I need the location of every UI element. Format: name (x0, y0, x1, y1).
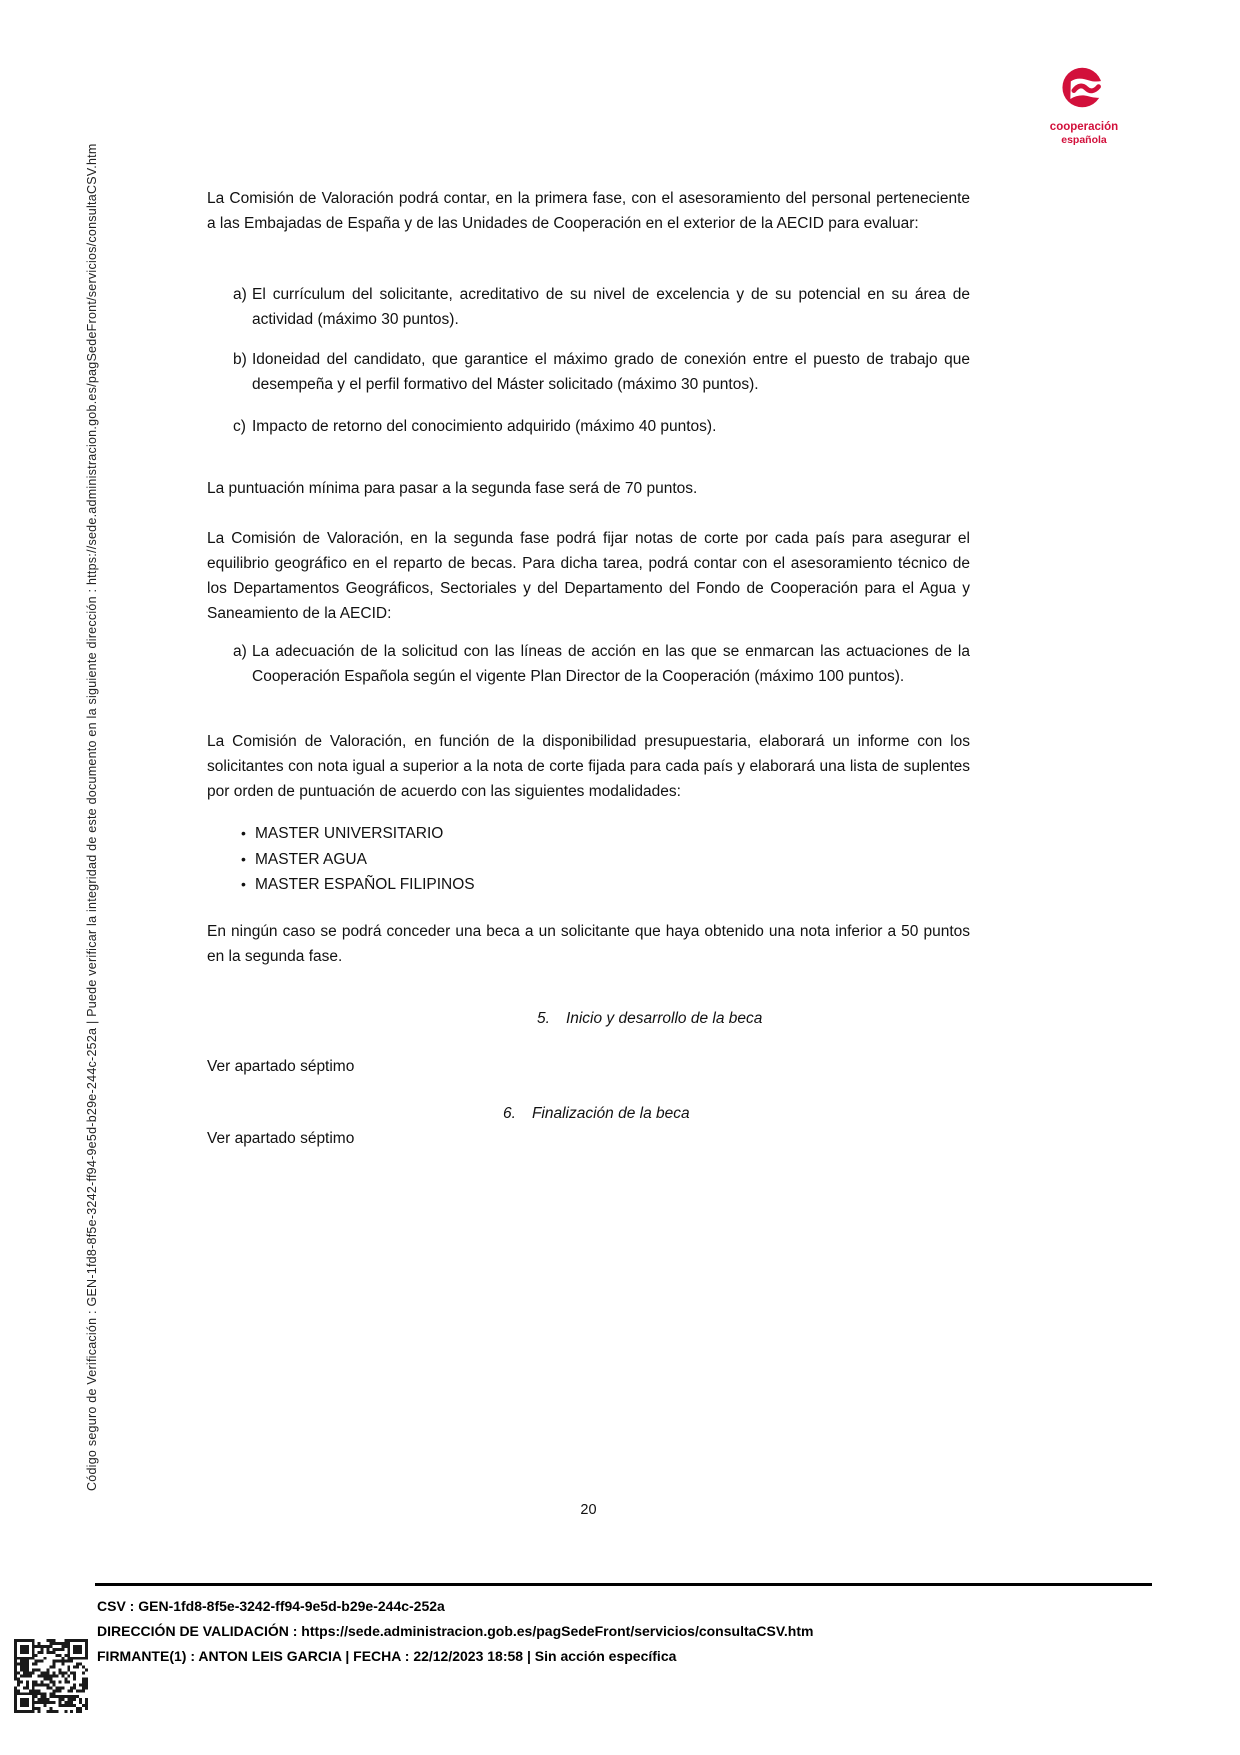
bullet-text: MASTER AGUA (255, 847, 970, 873)
paragraph-minimum-note: En ningún caso se podrá conceder una bec… (207, 919, 970, 969)
ver-apartado-septimo-1: Ver apartado séptimo (207, 1054, 970, 1079)
list-item-b: b) Idoneidad del candidato, que garantic… (207, 347, 970, 397)
section-heading-6: 6.Finalización de la beca (503, 1101, 690, 1126)
section-heading-5: 5.Inicio y desarrollo de la beca (537, 1006, 762, 1031)
vertical-csv-verification-text: Código seguro de Verificación : GEN-1fd8… (85, 143, 99, 1491)
footer-validation-line: DIRECCIÓN DE VALIDACIÓN : https://sede.a… (97, 1619, 813, 1644)
ver-apartado-septimo-2: Ver apartado séptimo (207, 1126, 970, 1151)
list-item-text: Idoneidad del candidato, que garantice e… (252, 347, 970, 397)
list-item-a: a) El currículum del solicitante, acredi… (207, 282, 970, 332)
page-number: 20 (207, 1502, 970, 1518)
list-item-text: Impacto de retorno del conocimiento adqu… (252, 414, 970, 439)
list-item-c: c) Impacto de retorno del conocimiento a… (207, 414, 970, 439)
footer-csv-line: CSV : GEN-1fd8-8f5e-3242-ff94-9e5d-b29e-… (97, 1594, 813, 1619)
paragraph-second-phase: La Comisión de Valoración, en la segunda… (207, 526, 970, 626)
list-marker: a) (207, 282, 252, 332)
document-page: cooperación española Código seguro de Ve… (0, 0, 1240, 1755)
footer-signer-line: FIRMANTE(1) : ANTON LEIS GARCIA | FECHA … (97, 1644, 813, 1669)
bullet-dot: • (207, 821, 255, 847)
list-marker: c) (207, 414, 252, 439)
logo-wordmark-line2: española (1061, 134, 1107, 146)
cooperacion-espanola-logo: cooperación española (1038, 64, 1130, 146)
list2-item-a: a) La adecuación de la solicitud con las… (207, 639, 970, 689)
cooperacion-c-icon (1062, 64, 1106, 116)
logo-wordmark-line1: cooperación (1050, 121, 1118, 134)
section-number: 6. (503, 1105, 516, 1122)
bullet-dot: • (207, 847, 255, 873)
footer-block: CSV : GEN-1fd8-8f5e-3242-ff94-9e5d-b29e-… (97, 1594, 813, 1669)
section-title: Inicio y desarrollo de la beca (566, 1010, 762, 1027)
list-marker: a) (207, 639, 252, 689)
bullet-text: MASTER UNIVERSITARIO (255, 821, 970, 847)
paragraph-report: La Comisión de Valoración, en función de… (207, 729, 970, 804)
bullet-dot: • (207, 872, 255, 898)
bullet-item: • MASTER ESPAÑOL FILIPINOS (207, 872, 970, 898)
paragraph-intro: La Comisión de Valoración podrá contar, … (207, 186, 970, 236)
bullet-text: MASTER ESPAÑOL FILIPINOS (255, 872, 970, 898)
paragraph-min-score: La puntuación mínima para pasar a la seg… (207, 476, 970, 501)
list-marker: b) (207, 347, 252, 397)
bullet-list: • MASTER UNIVERSITARIO • MASTER AGUA • M… (207, 821, 970, 898)
list-item-text: El currículum del solicitante, acreditat… (252, 282, 970, 332)
list-item-text: La adecuación de la solicitud con las lí… (252, 639, 970, 689)
section-number: 5. (537, 1010, 550, 1027)
section-title: Finalización de la beca (532, 1105, 690, 1122)
qr-code (14, 1639, 88, 1715)
bullet-item: • MASTER UNIVERSITARIO (207, 821, 970, 847)
footer-divider (95, 1583, 1152, 1586)
bullet-item: • MASTER AGUA (207, 847, 970, 873)
